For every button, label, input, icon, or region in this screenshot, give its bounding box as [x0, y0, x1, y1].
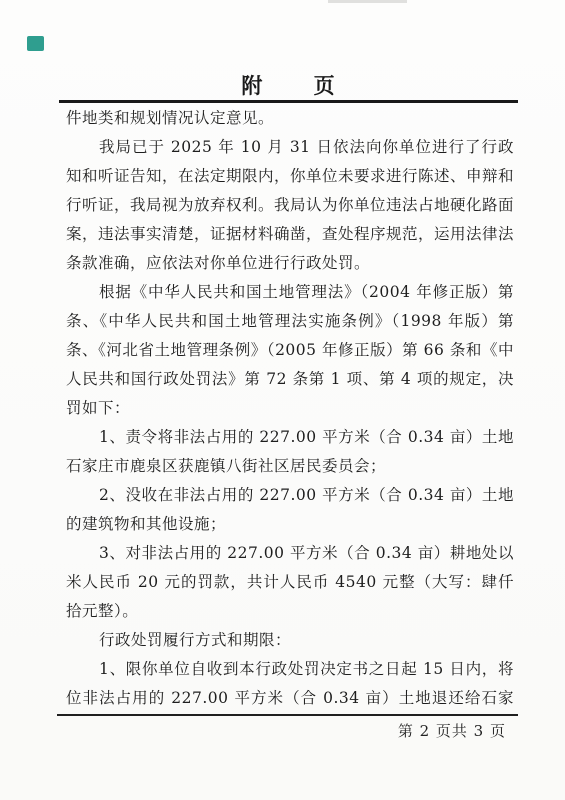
body-line: 根据《中华人民共和国土地管理法》（2004 年修正版）第 76 [66, 278, 514, 307]
annotation-marker [27, 36, 44, 51]
body-line: 罚如下： [66, 394, 514, 423]
scanned-document-page: 附 页 件地类和规划情况认定意见。我局已于 2025 年 10 月 31 日依法… [0, 0, 565, 800]
body-line: 1、责令将非法占用的 227.00 平方米（合 0.34 亩）土地退还至 [66, 423, 514, 452]
body-line: 米人民币 20 元的罚款，共计人民币 4540 元整（大写：肆仟伍佰肆 [66, 568, 514, 597]
body-line: 知和听证告知，在法定期限内，你单位未要求进行陈述、申辩和举 [66, 162, 514, 191]
body-line: 拾元整）。 [66, 597, 514, 626]
body-line: 案，违法事实清楚，证据材料确凿，查处程序规范，运用法律法规 [66, 220, 514, 249]
scan-edge-artifact [328, 0, 407, 3]
body-line: 1、限你单位自收到本行政处罚决定书之日起 15 日内，将你单 [66, 655, 514, 684]
document-body: 件地类和规划情况认定意见。我局已于 2025 年 10 月 31 日依法向你单位… [66, 104, 514, 713]
body-line: 条、《河北省土地管理条例》（2005 年修正版）第 66 条和《中华 [66, 336, 514, 365]
body-line: 条、《中华人民共和国土地管理法实施条例》（1998 年版）第 30 [66, 307, 514, 336]
body-line: 人民共和国行政处罚法》第 72 条第 1 项、第 4 项的规定，决定处 [66, 365, 514, 394]
body-line: 的建筑物和其他设施； [66, 510, 514, 539]
page-number: 第 2 页共 3 页 [66, 721, 506, 741]
body-line: 2、没收在非法占用的 227.00 平方米（合 0.34 亩）土地上新建 [66, 481, 514, 510]
title-divider-rule [59, 100, 518, 103]
body-line: 石家庄市鹿泉区获鹿镇八街社区居民委员会； [66, 452, 514, 481]
body-line: 行政处罚履行方式和期限： [66, 626, 514, 655]
body-line: 件地类和规划情况认定意见。 [66, 104, 514, 133]
body-line: 3、对非法占用的 227.00 平方米（合 0.34 亩）耕地处以每平方 [66, 539, 514, 568]
attachment-page-title: 附 页 [60, 70, 518, 100]
body-line: 我局已于 2025 年 10 月 31 日依法向你单位进行了行政处罚告 [66, 133, 514, 162]
body-line: 条款准确，应依法对你单位进行行政处罚。 [66, 249, 514, 278]
footer-divider-rule [57, 714, 518, 716]
body-line: 行听证，我局视为放弃权利。我局认为你单位违法占地硬化路面一 [66, 191, 514, 220]
body-line: 位非法占用的 227.00 平方米（合 0.34 亩）土地退还给石家庄市鹿 [66, 684, 514, 713]
